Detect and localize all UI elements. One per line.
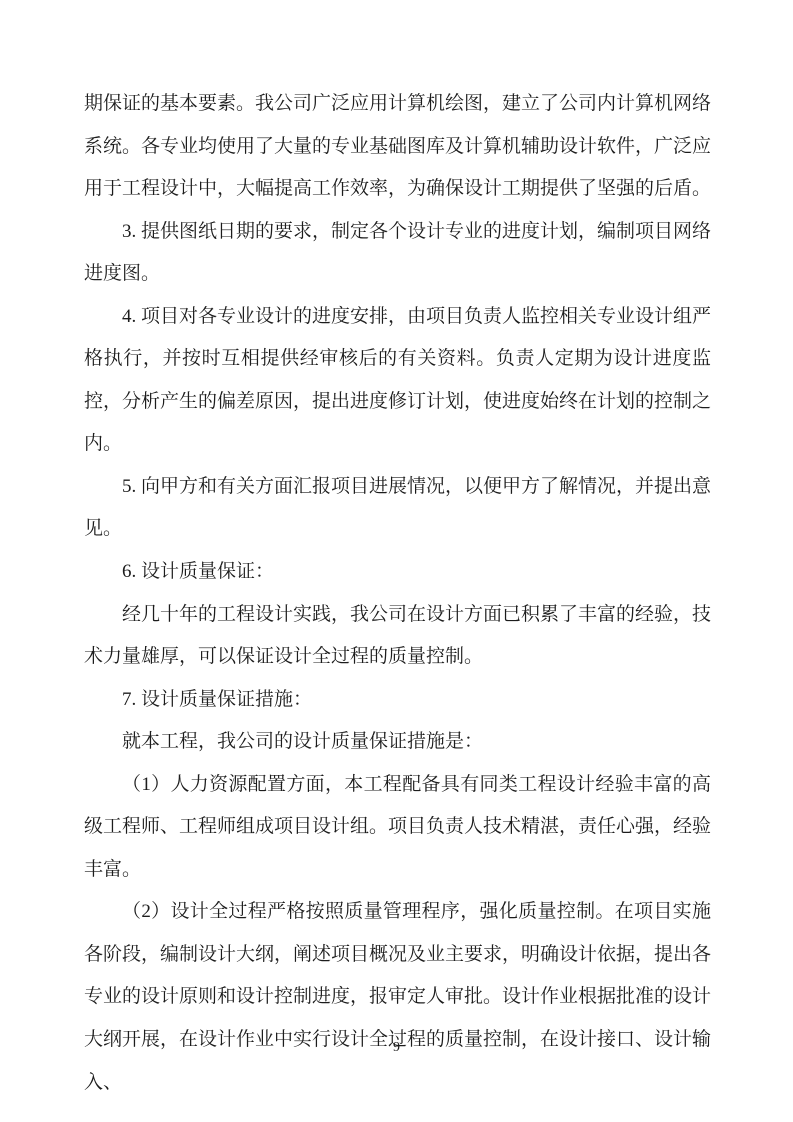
paragraph-continuation: 期保证的基本要素。我公司广泛应用计算机绘图，建立了公司内计算机网络系统。各专业均… [84,83,711,211]
paragraph-sub-item-2: （2）设计全过程严格按照质量管理程序，强化质量控制。在项目实施各阶段，编制设计大… [84,891,711,1104]
paragraph-item-6-body: 经几十年的工程设计实践，我公司在设计方面已积累了丰富的经验，技术力量雄厚，可以保… [84,594,711,679]
paragraph-item-7: 7. 设计质量保证措施： [84,679,711,722]
document-body: 期保证的基本要素。我公司广泛应用计算机绘图，建立了公司内计算机网络系统。各专业均… [84,83,711,1104]
document-page: 期保证的基本要素。我公司广泛应用计算机绘图，建立了公司内计算机网络系统。各专业均… [0,0,793,1122]
paragraph-item-5: 5. 向甲方和有关方面汇报项目进展情况，以便甲方了解情况，并提出意见。 [84,466,711,551]
page-footer: 9 [0,1038,793,1058]
paragraph-item-6: 6. 设计质量保证： [84,551,711,594]
paragraph-item-4: 4. 项目对各专业设计的进度安排，由项目负责人监控相关专业设计组严格执行，并按时… [84,296,711,466]
paragraph-sub-item-1: （1）人力资源配置方面，本工程配备具有同类工程设计经验丰富的高级工程师、工程师组… [84,764,711,892]
paragraph-item-7-body: 就本工程，我公司的设计质量保证措施是： [84,721,711,764]
page-number: 9 [393,1040,400,1055]
paragraph-item-3: 3. 提供图纸日期的要求，制定各个设计专业的进度计划，编制项目网络进度图。 [84,211,711,296]
